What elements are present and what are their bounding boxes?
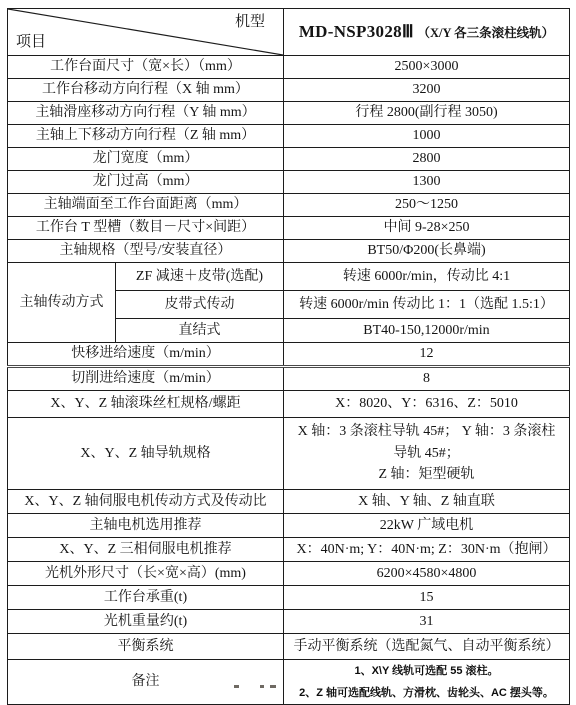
guideway-line-z: Z 轴：矩型硬轨 [286, 464, 567, 486]
header-row: 机型 项目 MD-NSP3028Ⅲ （X/Y 各三条滚柱线轨） [8, 9, 570, 56]
spec-label: 龙门宽度（mm） [8, 148, 284, 171]
corner-model-label: 机型 [235, 13, 265, 32]
row-spindle-motor: 主轴电机选用推荐 22kW 广域电机 [8, 514, 570, 538]
row-rapid-feed: 快移进给速度（m/min） 12 [8, 343, 570, 367]
machine-spec-table: 机型 项目 MD-NSP3028Ⅲ （X/Y 各三条滚柱线轨） 工作台面尺寸（宽… [7, 8, 570, 705]
spec-label: 光机重量约(t) [8, 610, 284, 634]
row-servo-motor: X、Y、Z 三相伺服电机推荐 X：40N·m; Y：40N·m; Z：30N·m… [8, 538, 570, 562]
row-t-slot: 工作台 T 型槽（数目－尺寸×间距） 中间 9-28×250 [8, 217, 570, 240]
spec-value: 1000 [284, 125, 570, 148]
spec-value: 行程 2800(副行程 3050) [284, 102, 570, 125]
row-gantry-clearance: 龙门过高（mm） 1300 [8, 171, 570, 194]
spec-label: 快移进给速度（m/min） [8, 343, 284, 367]
transmission-group-label: 主轴传动方式 [8, 263, 116, 343]
header-corner-cell: 机型 项目 [8, 9, 284, 56]
row-table-load: 工作台承重(t) 15 [8, 586, 570, 610]
remark-value: 1、X\Y 线轨可选配 55 滚柱。 2、Z 轴可选配线轨、方滑枕、齿轮头、AC… [284, 660, 570, 705]
corner-item-label: 项目 [16, 33, 46, 52]
spec-label: X、Y、Z 轴滚珠丝杠规格/螺距 [8, 391, 284, 418]
spec-label: 工作台 T 型槽（数目－尺寸×间距） [8, 217, 284, 240]
transmission-type: 皮带式传动 [116, 291, 284, 319]
transmission-value: BT40-150,12000r/min [284, 319, 570, 343]
spec-value: 手动平衡系统（选配氮气、自动平衡系统） [284, 634, 570, 660]
spec-value: 2800 [284, 148, 570, 171]
spec-value: X 轴、Y 轴、Z 轴直联 [284, 490, 570, 514]
spec-value: 22kW 广域电机 [284, 514, 570, 538]
spec-label: 主轴端面至工作台面距离（mm） [8, 194, 284, 217]
row-cutting-feed: 切削进给速度（m/min） 8 [8, 367, 570, 391]
spec-label: 工作台面尺寸（宽×长）（mm） [8, 56, 284, 79]
model-name: MD-NSP3028Ⅲ [299, 22, 414, 41]
guideway-line-xy: X 轴：3 条滚柱导轨 45#； Y 轴：3 条滚柱 [286, 421, 567, 443]
spec-label: 主轴规格（型号/安装直径） [8, 240, 284, 263]
row-spindle-spec: 主轴规格（型号/安装直径） BT50/Φ200(长鼻端) [8, 240, 570, 263]
row-remark: 备注 1、X\Y 线轨可选配 55 滚柱。 2、Z 轴可选配线轨、方滑枕、齿轮头… [8, 660, 570, 705]
spec-value: 31 [284, 610, 570, 634]
transmission-value: 转速 6000r/min 传动比 1：1（选配 1.5:1） [284, 291, 570, 319]
transmission-type: 直结式 [116, 319, 284, 343]
row-work-table-size: 工作台面尺寸（宽×长）（mm） 2500×3000 [8, 56, 570, 79]
spec-value: 3200 [284, 79, 570, 102]
spec-label: 主轴上下移动方向行程（Z 轴 mm） [8, 125, 284, 148]
spec-value: X：8020、Y：6316、Z：5010 [284, 391, 570, 418]
spec-label: 主轴电机选用推荐 [8, 514, 284, 538]
spec-label: 工作台移动方向行程（X 轴 mm） [8, 79, 284, 102]
row-guideway-spec: X、Y、Z 轴导轨规格 X 轴：3 条滚柱导轨 45#； Y 轴：3 条滚柱 导… [8, 418, 570, 490]
row-transmission-zf: 主轴传动方式 ZF 减速＋皮带(选配) 转速 6000r/min，传动比 4:1 [8, 263, 570, 291]
row-x-travel: 工作台移动方向行程（X 轴 mm） 3200 [8, 79, 570, 102]
guideway-value: X 轴：3 条滚柱导轨 45#； Y 轴：3 条滚柱 导轨 45#； Z 轴：矩… [284, 418, 570, 490]
row-servo-drive-mode: X、Y、Z 轴伺服电机传动方式及传动比 X 轴、Y 轴、Z 轴直联 [8, 490, 570, 514]
row-ballscrew: X、Y、Z 轴滚珠丝杠规格/螺距 X：8020、Y：6316、Z：5010 [8, 391, 570, 418]
remark-note-1: 1、X\Y 线轨可选配 55 滚柱。 [286, 660, 567, 682]
spec-value: 6200×4580×4800 [284, 562, 570, 586]
spec-label: X、Y、Z 三相伺服电机推荐 [8, 538, 284, 562]
spec-label: 主轴滑座移动方向行程（Y 轴 mm） [8, 102, 284, 125]
row-machine-weight: 光机重量约(t) 31 [8, 610, 570, 634]
spec-label: X、Y、Z 轴伺服电机传动方式及传动比 [8, 490, 284, 514]
spec-label: 龙门过高（mm） [8, 171, 284, 194]
spec-value: 15 [284, 586, 570, 610]
row-z-travel: 主轴上下移动方向行程（Z 轴 mm） 1000 [8, 125, 570, 148]
row-machine-dimensions: 光机外形尺寸（长×宽×高）(mm) 6200×4580×4800 [8, 562, 570, 586]
spec-value: 中间 9-28×250 [284, 217, 570, 240]
row-y-travel: 主轴滑座移动方向行程（Y 轴 mm） 行程 2800(副行程 3050) [8, 102, 570, 125]
row-balance-system: 平衡系统 手动平衡系统（选配氮气、自动平衡系统） [8, 634, 570, 660]
model-variant-note: （X/Y 各三条滚柱线轨） [417, 26, 554, 40]
spec-value: 12 [284, 343, 570, 367]
transmission-value: 转速 6000r/min，传动比 4:1 [284, 263, 570, 291]
spec-label: 平衡系统 [8, 634, 284, 660]
remark-note-2: 2、Z 轴可选配线轨、方滑枕、齿轮头、AC 摆头等。 [286, 682, 567, 704]
remark-label: 备注 [8, 660, 284, 705]
row-spindle-to-table-distance: 主轴端面至工作台面距离（mm） 250～1250 [8, 194, 570, 217]
transmission-type: ZF 减速＋皮带(选配) [116, 263, 284, 291]
spec-value: BT50/Φ200(长鼻端) [284, 240, 570, 263]
spec-label: 切削进给速度（m/min） [8, 367, 284, 391]
guideway-line-wrap: 导轨 45#； [286, 443, 567, 465]
spec-value: 8 [284, 367, 570, 391]
spec-value: 1300 [284, 171, 570, 194]
spec-value: X：40N·m; Y：40N·m; Z：30N·m（抱闸） [284, 538, 570, 562]
spec-label: 工作台承重(t) [8, 586, 284, 610]
model-header-cell: MD-NSP3028Ⅲ （X/Y 各三条滚柱线轨） [284, 9, 570, 56]
spec-value: 2500×3000 [284, 56, 570, 79]
row-gantry-width: 龙门宽度（mm） 2800 [8, 148, 570, 171]
spec-value: 250～1250 [284, 194, 570, 217]
spec-label: X、Y、Z 轴导轨规格 [8, 418, 284, 490]
spec-sheet: 机型 项目 MD-NSP3028Ⅲ （X/Y 各三条滚柱线轨） 工作台面尺寸（宽… [0, 0, 576, 691]
clipped-text-fragment [234, 685, 294, 689]
spec-label: 光机外形尺寸（长×宽×高）(mm) [8, 562, 284, 586]
